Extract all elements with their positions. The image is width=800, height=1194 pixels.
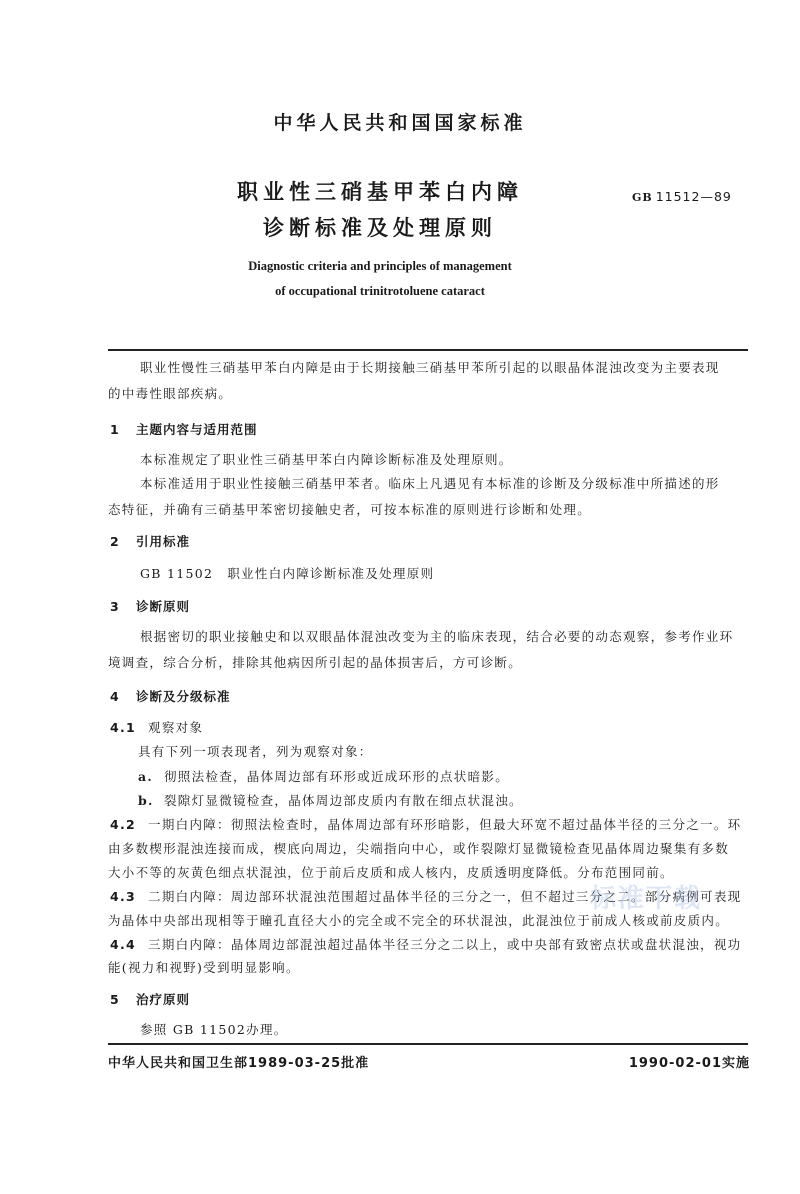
effective-date: 1990-02-01实施 [629,1052,750,1071]
observation-item-a: a.彻照法检查，晶体周边部有环形或近成环形的点状暗影。 [138,767,509,785]
section-1-p2-line1: 本标准适用于职业性接触三硝基甲苯者。临床上凡遇见有本标准的诊断及分级标准中所描述… [140,474,720,492]
section-4-4-line1: 4.4三期白内障：晶体周边部混浊超过晶体半径三分之二以上，或中央部有致密点状或盘… [110,935,741,953]
section-3-line2: 境调查，综合分析，排除其他病因所引起的晶体损害后，方可诊断。 [108,653,522,671]
section-4-heading: 4诊断及分级标准 [110,687,231,705]
observation-item-b: b.裂隙灯显微镜检查，晶体周边部皮质内有散在细点状混浊。 [138,791,523,809]
section-3-heading: 3诊断原则 [110,597,190,615]
title-en-line1: Diagnostic criteria and principles of ma… [0,259,760,274]
ref-code: GB 11502 [140,566,213,581]
section-5-text: 参照 GB 11502办理。 [140,1020,288,1038]
standard-prefix: GB [632,191,653,204]
footer-divider [108,1043,748,1045]
section-4-4-line2: 能(视力和视野)受到明显影响。 [108,958,300,976]
section-4-1-intro: 具有下列一项表现者，列为观察对象： [138,742,373,760]
section-3-line1: 根据密切的职业接触史和以双眼晶体混浊改变为主的临床表现，结合必要的动态观察，参考… [140,627,733,645]
intro-line1: 职业性慢性三硝基甲苯白内障是由于长期接触三硝基甲苯所引起的以眼晶体混浊改变为主要… [140,358,720,376]
standard-number: 11512—89 [656,189,732,204]
document-page: 中华人民共和国国家标准 职业性三硝基甲苯白内障 诊断标准及处理原则 GB1151… [0,0,800,1194]
watermark: 标准下载 [590,878,702,915]
ref-title: 职业性白内障诊断标准及处理原则 [227,566,434,581]
section-5-heading: 5治疗原则 [110,990,190,1008]
title-cn-line2: 诊断标准及处理原则 [0,212,760,242]
title-en-line2: of occupational trinitrotoluene cataract [0,284,760,299]
section-4-2-line3: 大小不等的灰黄色细点状混浊，位于前后皮质和成人核内，皮质透明度降低。分布范围同前… [108,863,674,881]
section-4-2-line2: 由多数楔形混浊连接而成，楔底向周边，尖端指向中心，或作裂隙灯显微镜检查见晶体周边… [108,839,729,857]
standard-code: GB11512—89 [632,189,732,204]
section-1-heading: 1主题内容与适用范围 [110,420,258,438]
referenced-standard: GB 11502职业性白内障诊断标准及处理原则 [140,564,434,582]
intro-line2: 的中毒性眼部疾病。 [108,384,232,402]
section-1-p2-line2: 态特征，并确有三硝基甲苯密切接触史者，可按本标准的原则进行诊断和处理。 [108,500,591,518]
approval-date: 中华人民共和国卫生部1989-03-25批准 [108,1052,369,1071]
section-4-1-heading: 4.1观察对象 [110,718,203,736]
top-divider [108,349,748,351]
section-1-p1: 本标准规定了职业性三硝基甲苯白内障诊断标准及处理原则。 [140,450,513,468]
section-4-2-line1: 4.2一期白内障：彻照法检查时，晶体周边部有环形暗影，但最大环宽不超过晶体半径的… [110,815,741,833]
section-2-heading: 2引用标准 [110,532,190,550]
issuing-authority: 中华人民共和国国家标准 [0,108,800,135]
